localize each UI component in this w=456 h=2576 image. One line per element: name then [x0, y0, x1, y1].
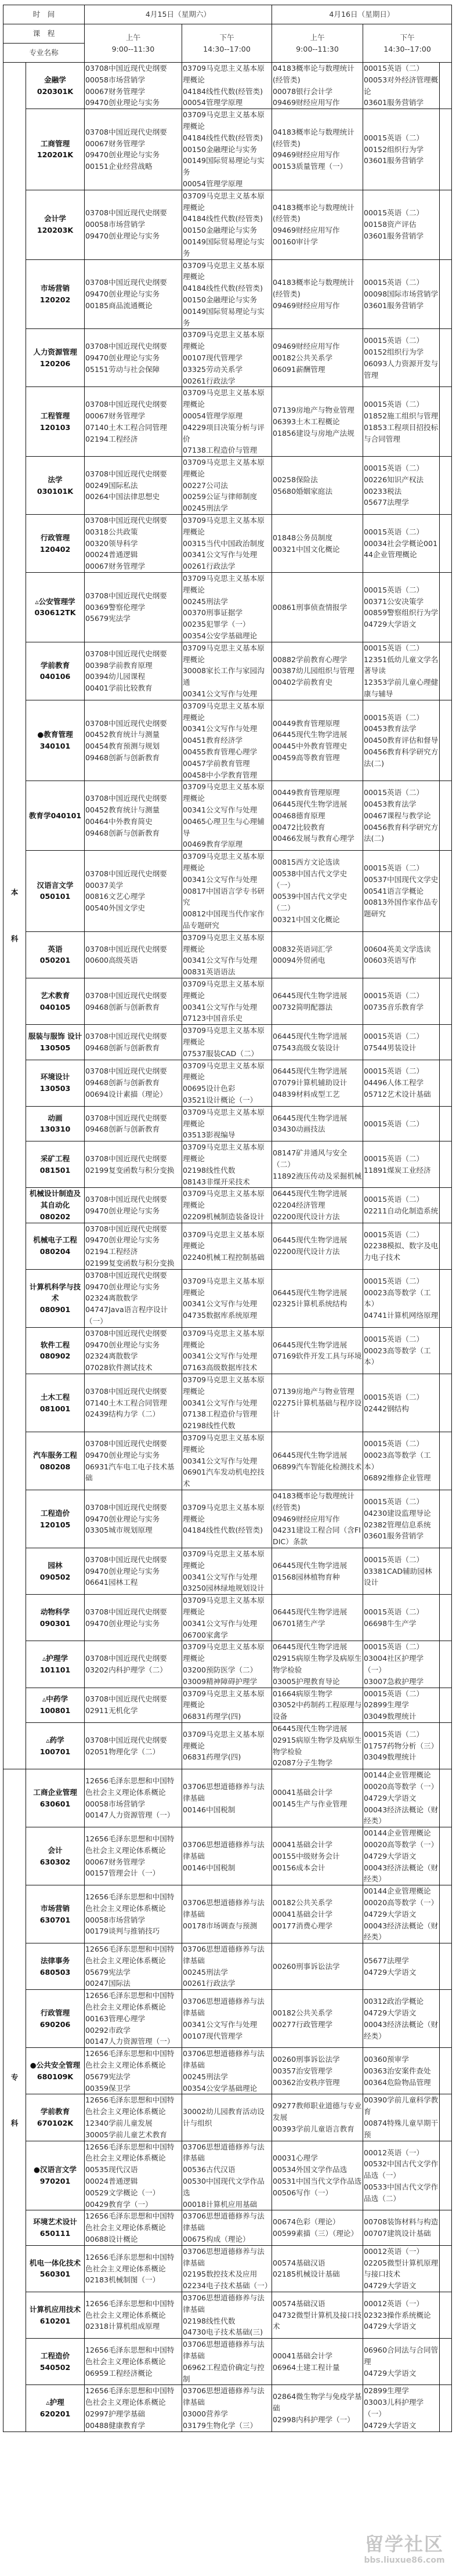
- course-entry: 00466发展与教育心理学: [273, 833, 362, 844]
- table-row: 机电一体化技术56030112656毛泽东思想和中国特色社会主义理论体系概论02…: [3, 2245, 452, 2292]
- day2-am-courses: 07139房地产与物业管理06393土木工程概论01856建设与房地产法规: [272, 387, 363, 457]
- course-entry: 00456教育科学研究方法(二): [364, 822, 439, 845]
- course-entry: 01848公务员制度: [273, 532, 362, 544]
- course-entry: 04741计算机网络原理: [364, 1310, 439, 1321]
- table-row: ▵公安管理学030612TK03708中国近现代史纲要00369警察伦理学056…: [3, 573, 452, 642]
- course-entry: 03709马克思主义基本原理概论: [183, 1060, 271, 1083]
- major-name-cell: 动物科学090301: [26, 1595, 85, 1641]
- day2-pm-courses: 00015英语（二）00034社会学概论00144企业管理概论: [363, 515, 440, 573]
- day2-pm-courses: 00015英语（二）00735音乐教育学: [363, 978, 440, 1024]
- course-entry: 00459高等教育管理: [273, 752, 362, 764]
- major-name: 土木工程: [27, 1392, 84, 1403]
- empty-edge-cell: [440, 1885, 452, 1943]
- day1-pm-courses: 03709马克思主义基本原理概论04184线性代数(经管类): [182, 1490, 272, 1548]
- level-char: 本: [4, 887, 25, 898]
- major-name: 市场营销: [27, 283, 84, 294]
- empty-edge-cell: [440, 1141, 452, 1188]
- session-label: 下午: [183, 32, 271, 44]
- course-entry: 06445现代生物学进展: [273, 799, 362, 810]
- course-entry: 00453教育法学: [364, 799, 439, 810]
- course-entry: 00147人力资源管理（一）: [85, 2036, 181, 2047]
- day2-pm-courses: 00312政治学概论04729大学语文00043经济法概论（财经类）: [363, 1990, 440, 2048]
- course-entry: 04183概率论与数理统计(经管类): [273, 202, 362, 225]
- course-entry: 04729大学语文: [364, 2368, 439, 2379]
- major-name-cell: 英语050201: [26, 931, 85, 978]
- watermark-url: bbs.liuxue86.com: [355, 2555, 454, 2566]
- empty-edge-cell: [440, 1327, 452, 1374]
- course-entry: 00058市场营销学: [85, 1914, 181, 1926]
- day2-am-courses: 00258保险法05680婚姻家庭法: [272, 457, 363, 515]
- day2-am-courses: 04183概率论与数理统计(经管类)09469财经应用写作04231建设工程合同…: [272, 1490, 363, 1548]
- course-entry: 03601服务营销学: [364, 1530, 439, 1542]
- major-name: ▵护理学: [27, 1653, 84, 1664]
- major-code: 130505: [27, 1042, 84, 1054]
- day2-am-courses: 00861刑事侦查情报学: [272, 573, 363, 642]
- day2-am-courses: 04183概率论与数理统计(经管类)09469财经应用写作00160审计学: [272, 190, 363, 259]
- course-entry: 02915病原生物学及病原生物学检验: [273, 1735, 362, 1758]
- major-code: 540502: [27, 2362, 84, 2373]
- course-entry: 03709马克思主义基本原理概论: [183, 190, 271, 214]
- course-entry: 06445现代生物学进展: [273, 1287, 362, 1299]
- course-entry: 00015英语（二）: [364, 1229, 439, 1241]
- course-entry: 01852施工组织与管理: [364, 410, 439, 422]
- major-name: 会计学: [27, 213, 84, 225]
- course-entry: 00182公共关系学: [273, 2007, 362, 2019]
- empty-edge-cell: [440, 781, 452, 851]
- course-entry: 00815西方文论选读: [273, 857, 362, 868]
- empty-edge-cell: [440, 1490, 452, 1548]
- major-name-cell: ▵中药学100801: [26, 1688, 85, 1722]
- day1-am-courses: 03708中国近现代史纲要00067财务管理学07140土木工程合同管理0219…: [85, 387, 182, 457]
- course-entry: 07169软件开发工具与环境: [273, 1350, 362, 1362]
- table-row: 计算机科学与技术08090103708中国近现代史纲要09470创业理论与实务0…: [3, 1269, 452, 1327]
- course-entry: 00182公共关系学: [273, 1897, 362, 1909]
- course-entry: 00015英语（二）: [364, 1065, 439, 1077]
- course-entry: 04183概率论与数理统计(经管类): [273, 1490, 362, 1513]
- major-name-cell: 行政管理690206: [26, 1990, 85, 2048]
- day2-am-courses: 06445现代生物学进展02200现代设计方法: [272, 1223, 363, 1269]
- course-entry: 00541语言学概论: [364, 886, 439, 897]
- course-entry: 00067财务管理学: [85, 561, 181, 572]
- day1-am-courses: 12656毛泽东思想和中国特色社会主义理论体系概论05679宪法学00247国际…: [85, 1943, 182, 1990]
- course-entry: 06445现代生物学进展: [273, 1112, 362, 1124]
- course-entry: 00694设计素描（理论）: [85, 1089, 181, 1100]
- course-entry: 00341公文写作与处理: [183, 688, 271, 700]
- course-entry: 00341公文写作与处理: [183, 955, 271, 966]
- day1-am-courses: 12656毛泽东思想和中国特色社会主义理论体系概论00688设计概论: [85, 2210, 182, 2245]
- major-code: 610201: [27, 2315, 84, 2327]
- empty-edge-cell: [440, 931, 452, 978]
- course-entry: 02087分子生物学: [273, 1757, 362, 1769]
- course-entry: 11891煤炭工业经济: [364, 1165, 439, 1176]
- course-entry: 03706思想道德修养与法律基础: [183, 2048, 271, 2071]
- course-entry: 02324离散数学: [85, 1350, 181, 1362]
- course-entry: 03709马克思主义基本原理概论: [183, 1432, 271, 1455]
- course-entry: 00390学前儿童科学教育: [364, 2094, 439, 2118]
- major-name: 工程造价: [27, 2350, 84, 2362]
- course-entry: 06962工程造价确定与控制: [183, 2362, 271, 2385]
- course-entry: 00452教育统计与测量: [85, 804, 181, 816]
- time-label: 时 间: [3, 5, 85, 24]
- major-code: 120206: [27, 358, 84, 370]
- major-name: 计算机应用技术: [27, 2304, 84, 2315]
- table-row: ▵护理62020112656毛泽东思想和中国特色社会主义理论体系概论02997护…: [3, 2385, 452, 2432]
- major-name: 学前教育: [27, 660, 84, 671]
- course-entry: 06445现代生物学进展: [273, 729, 362, 740]
- day1-pm-courses: 03706思想道德修养与法律基础06962工程造价确定与控制: [182, 2339, 272, 2385]
- course-entry: 06093人力资源开发与管理: [364, 358, 439, 381]
- course-entry: 03709马克思主义基本原理概论: [183, 1548, 271, 1571]
- day2-pm-courses: 00015英语（二）00453教育法学00467课程与教学论00456教育科学研…: [363, 781, 440, 851]
- course-entry: 03250园林绿地规划设计: [183, 1583, 271, 1594]
- course-entry: 09470创业理论与实务: [85, 1513, 181, 1525]
- course-entry: 00185商品流通概论: [85, 300, 181, 312]
- course-entry: 01856建设与房地产法规: [273, 428, 362, 439]
- course-entry: 03706思想道德修养与法律基础: [183, 1897, 271, 1920]
- course-entry: 02194工程经济: [85, 1246, 181, 1258]
- day1-am-courses: 12656毛泽东思想和中国特色社会主义理论体系概论02997护理学基础00488…: [85, 2385, 182, 2432]
- major-code: 130310: [27, 1123, 84, 1135]
- course-entry: 05679宪法学: [85, 2071, 181, 2083]
- major-code: 050201: [27, 955, 84, 966]
- day1-am-courses: 03708中国近现代史纲要00600高级英语: [85, 931, 182, 978]
- level-char: 科: [4, 2118, 25, 2129]
- day2-pm-courses: 00015英语（二）00152组织行为学03601服务营销学: [363, 109, 440, 190]
- day1-am-courses: 12656毛泽东思想和中国特色社会主义理论体系概论00535现代汉语00024普…: [85, 2141, 182, 2210]
- day1-am-courses: 03708中国近现代史纲要09468创新与创新教育: [85, 1025, 182, 1060]
- course-entry: 00015英语（二）: [364, 1729, 439, 1740]
- table-row: ▵中药学10080103708中国近现代史纲要02911无机化学03709马克思…: [3, 1688, 452, 1722]
- day2-am-courses: 00449教育管理原理06445现代生物学进展00468德育原理00472比较教…: [272, 781, 363, 851]
- major-code: 620201: [27, 2408, 84, 2420]
- course-entry: 00015英语（二）: [364, 63, 439, 74]
- course-entry: 00015英语（二）: [364, 1194, 439, 1205]
- major-code: 040106: [27, 671, 84, 682]
- major-name: 市场营销: [27, 1903, 84, 1914]
- course-entry: 09469财经应用写作: [273, 97, 362, 109]
- watermark: 留学社区 bbs.liuxue86.com: [355, 2533, 454, 2574]
- course-entry: 03708中国近现代史纲要: [85, 1065, 181, 1077]
- course-entry: 09469财经应用写作: [273, 225, 362, 236]
- empty-edge-cell: [440, 1722, 452, 1769]
- major-name-cell: 市场营销630701: [26, 1885, 85, 1943]
- major-name-cell: 会计630302: [26, 1827, 85, 1885]
- table-row: 工程管理12010303708中国近现代史纲要00067财务管理学07140土木…: [3, 387, 452, 457]
- day1-am-courses: 03708中国近现代史纲要00249国际私法00264中国法律思想史: [85, 457, 182, 515]
- course-entry: 00394幼儿园课程: [85, 671, 181, 682]
- course-entry: 09469财经应用写作: [273, 300, 362, 312]
- course-entry: 02211自动化制造系统: [364, 1205, 439, 1217]
- major-name-cell: 法律事务680503: [26, 1943, 85, 1990]
- course-entry: 02323操作系统概论: [364, 2310, 439, 2321]
- course-entry: 00067财务管理学: [85, 138, 181, 150]
- course-entry: 03521设计概论（一）: [183, 1094, 271, 1106]
- day2-am-courses: 00031心理学00534外国文学作品选00531中国当代文学作品选00506写…: [272, 2141, 363, 2210]
- day2-pm-courses: 00015英语（二）03381CAD辅助园林设计: [363, 1548, 440, 1595]
- course-entry: 02198线性代数: [183, 1420, 271, 1432]
- major-name: 汽车服务工程: [27, 1450, 84, 1461]
- course-entry: 00067财务管理学: [85, 86, 181, 97]
- course-entry: 00354公安学基础理论: [183, 630, 271, 642]
- course-entry: 04729大学语文: [364, 1793, 439, 1804]
- day1-am-courses: 12656毛泽东思想和中国特色社会主义理论体系概论12340学前儿童发展3000…: [85, 2094, 182, 2141]
- day2-am-courses: 00815西方文论选读00538中国古代文学史（一）00539中国古代文学史（二…: [272, 851, 363, 932]
- major-name: ●汉语言文学: [27, 2164, 84, 2176]
- course-entry: 03004社区护理学（一）: [364, 1653, 439, 1676]
- major-name: 计算机科学与技术: [27, 1281, 84, 1305]
- course-entry: 12656毛泽东思想和中国特色社会主义理论体系概论: [85, 2385, 181, 2408]
- course-entry: 06445现代生物学进展: [273, 990, 362, 1002]
- course-entry: 00012英语（一）: [364, 2246, 439, 2257]
- course-entry: 00341公文写作与处理: [183, 1618, 271, 1630]
- course-entry: 00023高等数学（工本）: [364, 1287, 439, 1310]
- day2-am-courses: 01664病原生物学03052中药制药工程原理与设备: [272, 1688, 363, 1722]
- course-entry: 09470创业理论与实务: [85, 352, 181, 364]
- course-entry: 00264中国法律思想史: [85, 491, 181, 503]
- major-name-cell: 采矿工程081501: [26, 1141, 85, 1188]
- course-entry: 00144企业管理概论: [364, 1769, 439, 1781]
- course-entry: 06445现代生物学进展: [273, 1560, 362, 1571]
- course-entry: 03708中国近现代史纲要: [85, 868, 181, 880]
- course-entry: 02899生理学: [364, 2385, 439, 2397]
- course-entry: 00260刑事诉讼法学: [273, 2054, 362, 2065]
- course-entry: 00401学前比较教育: [85, 682, 181, 694]
- major-name: ▵公安管理学: [27, 596, 84, 608]
- course-entry: 03708中国近现代史纲要: [85, 1386, 181, 1397]
- course-entry: 03709马克思主义基本原理概论: [183, 851, 271, 874]
- course-entry: 00053对外经济管理概论: [364, 74, 439, 97]
- major-name-cell: 机电一体化技术560301: [26, 2245, 85, 2292]
- day2-am-courses: 06445现代生物学进展02915病原生物学及病原生物学检验02087分子生物学: [272, 1722, 363, 1769]
- course-entry: 00043经济法概论（财经类）: [364, 1804, 439, 1827]
- course-entry: 03709马克思主义基本原理概论: [183, 978, 271, 1002]
- course-entry: 07544男装设计: [364, 1042, 439, 1054]
- course-entry: 03708中国近现代史纲要: [85, 1653, 181, 1664]
- course-entry: 00260刑事诉讼法学: [273, 1961, 362, 1972]
- course-entry: 00574基础汉语: [273, 2257, 362, 2269]
- day1-am-courses: 03708中国近现代史纲要00058市场营销学00067财务管理学09470创业…: [85, 63, 182, 109]
- course-entry: 00020高等数学（一）: [364, 1781, 439, 1793]
- major-name: ▵护理: [27, 2397, 84, 2408]
- table-row: 环境设计13050303708中国近现代史纲要09468创新与创新教育00694…: [3, 1060, 452, 1106]
- course-entry: 00530中国现代文学作品选: [183, 2176, 271, 2199]
- major-name: ●公共安全管理: [27, 2060, 84, 2071]
- course-entry: 07028软件测试技术: [85, 1362, 181, 1374]
- empty-edge-cell: [440, 1188, 452, 1223]
- course-entry: 00449教育管理原理: [273, 787, 362, 799]
- day2-pm-courses: 00015英语（二）04230建设监理导论02382管理信息系统03601服务营…: [363, 1490, 440, 1548]
- course-entry: 06393土木工程概论: [273, 416, 362, 428]
- course-entry: 00178市场调查与预测: [183, 1920, 271, 1932]
- day1-pm-courses: 03709马克思主义基本原理概论04184线性代数(经管类)00150金融理论与…: [182, 190, 272, 259]
- table-row: 艺术教育04010503708中国近现代史纲要09468创新与创新教育03709…: [3, 978, 452, 1024]
- empty-edge-cell: [440, 2339, 452, 2385]
- course-entry: 03709马克思主义基本原理概论: [183, 1688, 271, 1711]
- schedule-body: 本科金融学020301K03708中国近现代史纲要00058市场营销学00067…: [3, 63, 452, 2432]
- day2-am-courses: 02864微生物学与免疫学基础02998内科护理学（一）: [272, 2385, 363, 2432]
- major-name: 工商企业管理: [27, 1787, 84, 1798]
- course-entry: 00464中外教育简史: [85, 816, 181, 828]
- session-label: 上午: [85, 32, 181, 44]
- course-entry: 03709马克思主义基本原理概论: [183, 387, 271, 410]
- course-entry: 00370刑事证据学: [183, 607, 271, 619]
- course-entry: 03513影视编导: [183, 1129, 271, 1141]
- course-entry: 09470创业理论与实务: [85, 1618, 181, 1630]
- course-entry: 03708中国近现代史纲要: [85, 1735, 181, 1746]
- course-entry: 03706思想道德修养与法律基础: [183, 2246, 271, 2269]
- course-entry: 03049数理统计: [364, 1751, 439, 1763]
- table-row: 土木工程08100103708中国近现代史纲要07140土木工程合同管理0243…: [3, 1374, 452, 1432]
- course-entry: 06641园林工程: [85, 1577, 181, 1588]
- course-entry: 00538中国古代文学史（一）: [273, 868, 362, 891]
- table-row: 行政管理12040203708中国近现代史纲要00318公共政策00320领导科…: [3, 515, 452, 573]
- course-entry: 03708中国近现代史纲要: [85, 1270, 181, 1281]
- empty-edge-cell: [440, 1943, 452, 1990]
- major-code: 680109K: [27, 2071, 84, 2083]
- major-code: 090502: [27, 1571, 84, 1583]
- course-entry: 00603英语写作: [364, 955, 439, 966]
- table-row: 环境艺术设计65011112656毛泽东思想和中国特色社会主义理论体系概论006…: [3, 2210, 452, 2245]
- major-name-cell: 环境艺术设计650111: [26, 2210, 85, 2245]
- course-entry: 00675构成（理论）: [183, 2234, 271, 2245]
- course-entry: 00458中小学教育管理: [183, 769, 271, 781]
- course-entry: 03007急救护理学: [364, 1676, 439, 1688]
- empty-edge-cell: [440, 190, 452, 259]
- major-name-cell: 工程造价540502: [26, 2339, 85, 2385]
- course-entry: 00098国际市场营销学: [364, 288, 439, 300]
- major-code: 081001: [27, 1403, 84, 1415]
- course-entry: 06445现代生物学进展: [273, 1450, 362, 1461]
- day2-am-courses: 07139房地产与物业管理02275计算机基础与程序设计: [272, 1374, 363, 1432]
- course-entry: 00362治安秩序管理: [273, 2077, 362, 2089]
- empty-edge-cell: [440, 1269, 452, 1327]
- course-entry: 00817中国语言学专书研究: [183, 886, 271, 909]
- course-entry: 00107现代管理学: [183, 2031, 271, 2042]
- course-entry: 00708装饰材料与构造: [364, 2216, 439, 2228]
- day1-pm-courses: 03709马克思主义基本原理概论00341公文写作与处理07138工程造价与管理…: [182, 1374, 272, 1432]
- major-code: 630601: [27, 1798, 84, 1810]
- empty-edge-cell: [440, 1595, 452, 1641]
- course-entry: 00015英语（二）: [364, 584, 439, 596]
- day1-am-courses: 03708中国近现代史纲要09470创业理论与实务00185商品流通概论: [85, 259, 182, 329]
- major-code: 970201: [27, 2176, 84, 2187]
- day2-am-courses: 00182公共关系学00041基础会计学00177消费心理学: [272, 1885, 363, 1943]
- course-entry: 00245刑法学: [183, 596, 271, 608]
- course-entry: 00529文学概论（一）: [85, 2187, 181, 2199]
- course-entry: 03052中药制药工程原理与设备: [273, 1699, 362, 1722]
- major-name: ●教育管理: [27, 729, 84, 740]
- day2-pm-courses: 00015英语（二）00158资产评估03601服务营销学: [363, 190, 440, 259]
- course-entry: 00360预审学: [364, 2054, 439, 2065]
- day1-am-courses: 03708中国近现代史纲要09470创业理论与实务05151劳动与社会保障: [85, 329, 182, 387]
- course-entry: 09470创业理论与实务: [85, 149, 181, 161]
- course-entry: 03179生物化学（三）: [183, 2420, 271, 2432]
- course-entry: 00369警察伦理学: [85, 602, 181, 613]
- course-entry: 09277教师职业道德与专业发展: [273, 2100, 362, 2123]
- major-code: 081501: [27, 1165, 84, 1176]
- course-entry: 02051物理化学（二）: [85, 1746, 181, 1758]
- major-code: 100801: [27, 1705, 84, 1717]
- course-entry: 00534外国文学作品选: [273, 2164, 362, 2176]
- table-row: 机械电子工程08020403708中国近现代史纲要09470创业理论与实务021…: [3, 1223, 452, 1269]
- course-entry: 00599素描（三）（理论）: [273, 2228, 362, 2239]
- major-code: 120103: [27, 422, 84, 433]
- day2-am-courses: 06445现代生物学进展06899汽车智能化检测技术: [272, 1432, 363, 1490]
- day2-am-courses: 00449教育管理原理06445现代生物学进展00445中外教育管理史00459…: [272, 700, 363, 781]
- course-entry: 03601服务营销学: [364, 97, 439, 109]
- course-entry: 00540外国文学史: [85, 902, 181, 914]
- day2-pm-courses: 00015英语（二）00023高等数学（工本）06892维修企业管理: [363, 1432, 440, 1490]
- day2-am-courses: 06445现代生物学进展02915病原生物学及病原生物学检验03005护理教育导…: [272, 1641, 363, 1688]
- day2-am-courses: 06445现代生物学进展06701猪生产学: [272, 1595, 363, 1641]
- course-entry: 03708中国近现代史纲要: [85, 63, 181, 74]
- table-row: ●教育管理34010103708中国近现代史纲要00452教育统计与测量0045…: [3, 700, 452, 781]
- day1-pm-courses: 03709马克思主义基本原理概论04184线性代数(经管类)00150金融理论与…: [182, 109, 272, 190]
- course-entry: 07079计算机辅助设计: [273, 1077, 362, 1089]
- day2-pm-courses: 05677法理学04729大学语文: [363, 1943, 440, 1990]
- course-entry: 02204经济管理: [273, 1200, 362, 1211]
- major-code: 101101: [27, 1664, 84, 1676]
- major-name: 教育学040101: [27, 810, 84, 822]
- course-entry: 00149国际贸易理论与实务: [183, 155, 271, 178]
- course-entry: 00043经济法概论（财经类）: [364, 2019, 439, 2042]
- major-code: 120402: [27, 544, 84, 555]
- course-entry: 03706思想道德修养与法律基础: [183, 1839, 271, 1862]
- day1-pm-courses: 30002幼儿园教育活动设计与组织: [182, 2094, 272, 2141]
- course-entry: 06831药理学(四): [183, 1751, 271, 1763]
- day1-am-courses: 03708中国近现代史纲要09470创业理论与实务02324离散数学04747J…: [85, 1269, 182, 1327]
- course-entry: 00354公安学基础理论: [183, 2083, 271, 2094]
- course-entry: 02198线性代数: [183, 1165, 271, 1176]
- course-entry: 00357治安管理学: [273, 2065, 362, 2077]
- course-entry: 01757药物分析（三）: [364, 1740, 439, 1752]
- course-entry: 00341公文写作与处理: [183, 804, 271, 816]
- course-entry: 00859警察组织行为学: [364, 607, 439, 619]
- day1-am-courses: 12656毛泽东思想和中国特色社会主义理论体系概论00058市场营销学00179…: [85, 1885, 182, 1943]
- day1-am-courses: 03708中国近现代史纲要00067财务管理学09470创业理论与实务00151…: [85, 109, 182, 190]
- course-entry: 00058市场营销学: [85, 1798, 181, 1810]
- day1-am-courses: 12656毛泽东思想和中国特色社会主义理论体系概论02183机械制图（一）: [85, 2245, 182, 2292]
- major-name: 机电一体化技术: [27, 2257, 84, 2269]
- course-entry: 09468创新与创新教育: [85, 1123, 181, 1135]
- day1-am-courses: 03708中国近现代史纲要09468创新与创新教育00694设计素描（理论）: [85, 1060, 182, 1106]
- day2-am-courses: 00882学前教育心理学00387幼儿园组织与管理00402学前教育史: [272, 642, 363, 700]
- major-code: 670102K: [27, 2118, 84, 2129]
- course-entry: 06445现代生物学进展: [273, 1606, 362, 1618]
- table-row: 汽车服务工程08020803708中国近现代史纲要09470创业理论与实务069…: [3, 1432, 452, 1490]
- day2-pm-courses: 00604英美文学选读00603英语写作: [363, 931, 440, 978]
- course-entry: 03305城市规划原理: [85, 1524, 181, 1536]
- course-entry: 00455教育管理心理学: [183, 746, 271, 758]
- course-entry: 12656毛泽东思想和中国特色社会主义理论体系概论: [85, 2210, 181, 2234]
- course-entry: 00429教育学（一）: [85, 2199, 181, 2210]
- course-entry: 00277行政管理学: [273, 2019, 362, 2031]
- day1-am-courses: 03708中国近现代史纲要00037美学00816文艺心理学00540外国文学史: [85, 851, 182, 932]
- course-entry: 00150金融理论与实务: [183, 294, 271, 306]
- course-entry: 00023高等数学（工本）: [364, 1450, 439, 1473]
- course-entry: 00153质量管理（一）: [273, 161, 362, 172]
- day1-pm-courses: 03709马克思主义基本原理概论00695设计色彩03521设计概论（一）: [182, 1060, 272, 1106]
- course-entry: 03708中国近现代史纲要: [85, 793, 181, 804]
- day1-am-courses: 12656毛泽东思想和中国特色社会主义理论体系概论05679宪法学00359保卫…: [85, 2048, 182, 2094]
- major-name: 服装与服饰 设计: [27, 1031, 84, 1042]
- day2-am-courses: 00041基础会计学00145生产与作业管理: [272, 1769, 363, 1827]
- day1-pm-courses: 03709马克思主义基本原理概论00341公文写作与处理00817中国语言学专书…: [182, 851, 272, 932]
- course-entry: 07139房地产与物业管理: [273, 1386, 362, 1397]
- day1-pm-courses: 03709马克思主义基本原理概论03513影视编导: [182, 1106, 272, 1141]
- course-entry: 04747Java语言程序设计（一）: [85, 1304, 181, 1327]
- day1-pm-courses: 03706思想道德修养与法律基础00536古代汉语00530中国现代文学作品选0…: [182, 2141, 272, 2210]
